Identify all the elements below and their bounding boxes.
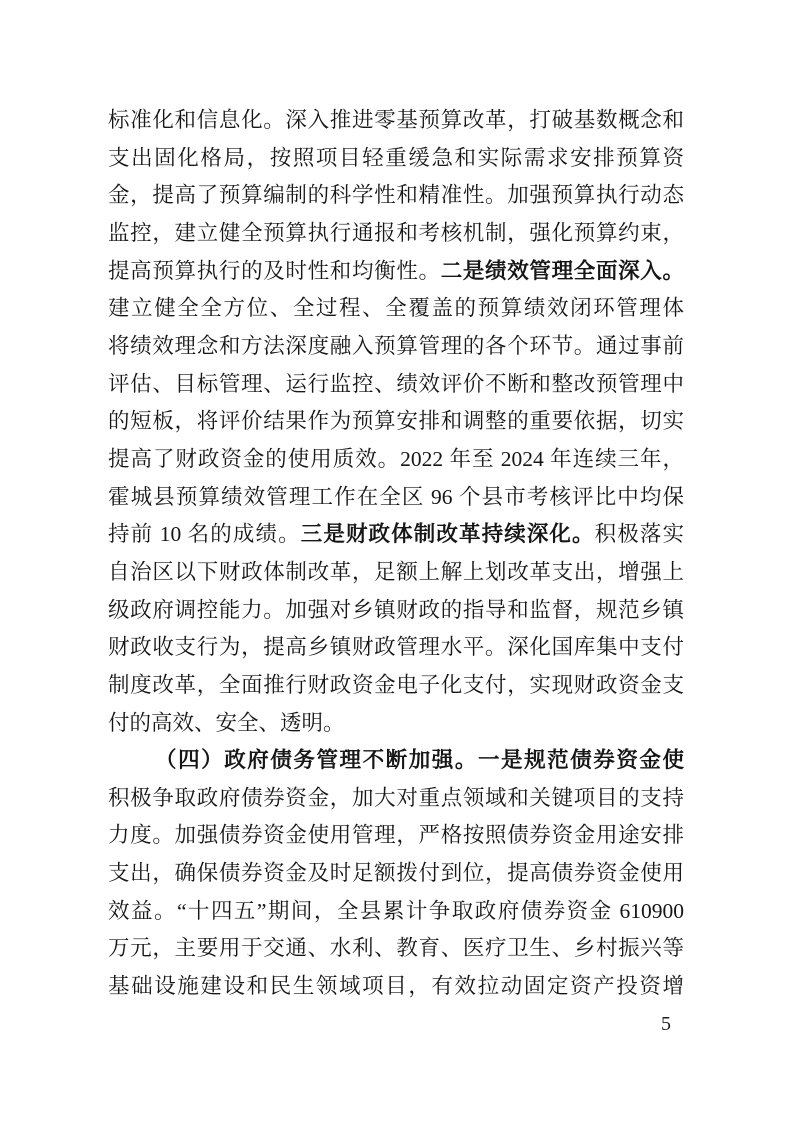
- text-segment: 积极争取政府债券资金，加大对重点领域和关键项目的支持: [108, 786, 684, 810]
- text-segment: 建立健全全方位、全过程、全覆盖的预算绩效闭环管理体系，: [108, 296, 684, 328]
- text-segment: 基础设施建设和民生领域项目，有效拉动固定资产投资增: [108, 974, 684, 998]
- text-line: 持前 10 名的成绩。三是财政体制改革持续深化。积极落实: [108, 516, 684, 554]
- text-line: 提高了财政资金的使用质效。2022 年至 2024 年连续三年，: [108, 441, 684, 479]
- bold-text-segment: 三是财政体制改革持续深化。: [301, 522, 595, 546]
- text-segment: 提高了财政资金的使用质效。2022 年至 2024 年连续三年，: [108, 447, 684, 471]
- text-segment: 效益。“十四五”期间，全县累计争取政府债券资金 610900: [108, 899, 684, 923]
- text-segment: 支出，确保债券资金及时足额拨付到位，提高债券资金使用: [108, 861, 684, 885]
- text-line: 级政府调控能力。加强对乡镇财政的指导和监督，规范乡镇: [108, 592, 684, 630]
- text-segment: 提高预算执行的及时性和均衡性。: [108, 259, 441, 283]
- text-line: 支出固化格局，按照项目轻重缓急和实际需求安排预算资: [108, 140, 684, 178]
- text-segment: 将绩效理念和方法深度融入预算管理的各个环节。通过事前: [108, 334, 684, 358]
- text-line: （四）政府债务管理不断加强。一是规范债券资金使用。: [108, 742, 684, 780]
- text-line: 评估、目标管理、运行监控、绩效评价不断和整改预管理中: [108, 366, 684, 404]
- text-line: 力度。加强债券资金使用管理，严格按照债券资金用途安排: [108, 817, 684, 855]
- text-line: 付的高效、安全、透明。: [108, 705, 684, 743]
- text-line: 基础设施建设和民生领域项目，有效拉动固定资产投资增: [108, 968, 684, 1006]
- document-page: 标准化和信息化。深入推进零基预算改革，打破基数概念和支出固化格局，按照项目轻重缓…: [0, 0, 793, 1122]
- text-segment: 标准化和信息化。深入推进零基预算改革，打破基数概念和: [108, 108, 684, 132]
- text-line: 自治区以下财政体制改革，足额上解上划改革支出，增强上: [108, 554, 684, 592]
- text-line: 万元，主要用于交通、水利、教育、医疗卫生、乡村振兴等: [108, 930, 684, 968]
- text-segment: 级政府调控能力。加强对乡镇财政的指导和监督，规范乡镇: [108, 598, 684, 622]
- bold-text-segment: 二是绩效管理全面深入。: [441, 259, 684, 283]
- text-line: 积极争取政府债券资金，加大对重点领域和关键项目的支持: [108, 780, 684, 818]
- text-line: 建立健全全方位、全过程、全覆盖的预算绩效闭环管理体系，: [108, 290, 684, 328]
- text-line: 的短板，将评价结果作为预算安排和调整的重要依据，切实: [108, 403, 684, 441]
- text-segment: 霍城县预算绩效管理工作在全区 96 个县市考核评比中均保: [108, 485, 684, 509]
- text-line: 财政收支行为，提高乡镇财政管理水平。深化国库集中支付: [108, 629, 684, 667]
- text-segment: 自治区以下财政体制改革，足额上解上划改革支出，增强上: [108, 560, 684, 584]
- text-line: 提高预算执行的及时性和均衡性。二是绩效管理全面深入。: [108, 253, 684, 291]
- text-segment: 万元，主要用于交通、水利、教育、医疗卫生、乡村振兴等: [108, 936, 684, 960]
- text-segment: 评估、目标管理、运行监控、绩效评价不断和整改预管理中: [108, 372, 684, 396]
- text-line: 监控，建立健全预算执行通报和考核机制，强化预算约束，: [108, 215, 684, 253]
- text-line: 效益。“十四五”期间，全县累计争取政府债券资金 610900: [108, 893, 684, 931]
- text-segment: 财政收支行为，提高乡镇财政管理水平。深化国库集中支付: [108, 635, 684, 659]
- text-line: 支出，确保债券资金及时足额拨付到位，提高债券资金使用: [108, 855, 684, 893]
- text-line: 将绩效理念和方法深度融入预算管理的各个环节。通过事前: [108, 328, 684, 366]
- text-segment: 制度改革，全面推行财政资金电子化支付，实现财政资金支: [108, 673, 684, 697]
- text-line: 金，提高了预算编制的科学性和精准性。加强预算执行动态: [108, 177, 684, 215]
- text-segment: 积极落实: [595, 522, 684, 546]
- text-line: 霍城县预算绩效管理工作在全区 96 个县市考核评比中均保: [108, 479, 684, 517]
- text-segment: 持前 10 名的成绩。: [108, 522, 301, 546]
- text-segment: 付的高效、安全、透明。: [108, 711, 345, 735]
- text-segment: 支出固化格局，按照项目轻重缓急和实际需求安排预算资: [108, 146, 684, 170]
- text-segment: 力度。加强债券资金使用管理，严格按照债券资金用途安排: [108, 823, 684, 847]
- text-segment: 监控，建立健全预算执行通报和考核机制，强化预算约束，: [108, 221, 684, 245]
- text-line: 标准化和信息化。深入推进零基预算改革，打破基数概念和: [108, 102, 684, 140]
- page-number: 5: [655, 1011, 677, 1037]
- bold-text-segment: （四）政府债务管理不断加强。一是规范债券资金使用。: [155, 748, 684, 780]
- text-line: 制度改革，全面推行财政资金电子化支付，实现财政资金支: [108, 667, 684, 705]
- text-block: 标准化和信息化。深入推进零基预算改革，打破基数概念和支出固化格局，按照项目轻重缓…: [108, 102, 684, 1006]
- text-segment: 金，提高了预算编制的科学性和精准性。加强预算执行动态: [108, 183, 684, 207]
- text-segment: 的短板，将评价结果作为预算安排和调整的重要依据，切实: [108, 409, 684, 433]
